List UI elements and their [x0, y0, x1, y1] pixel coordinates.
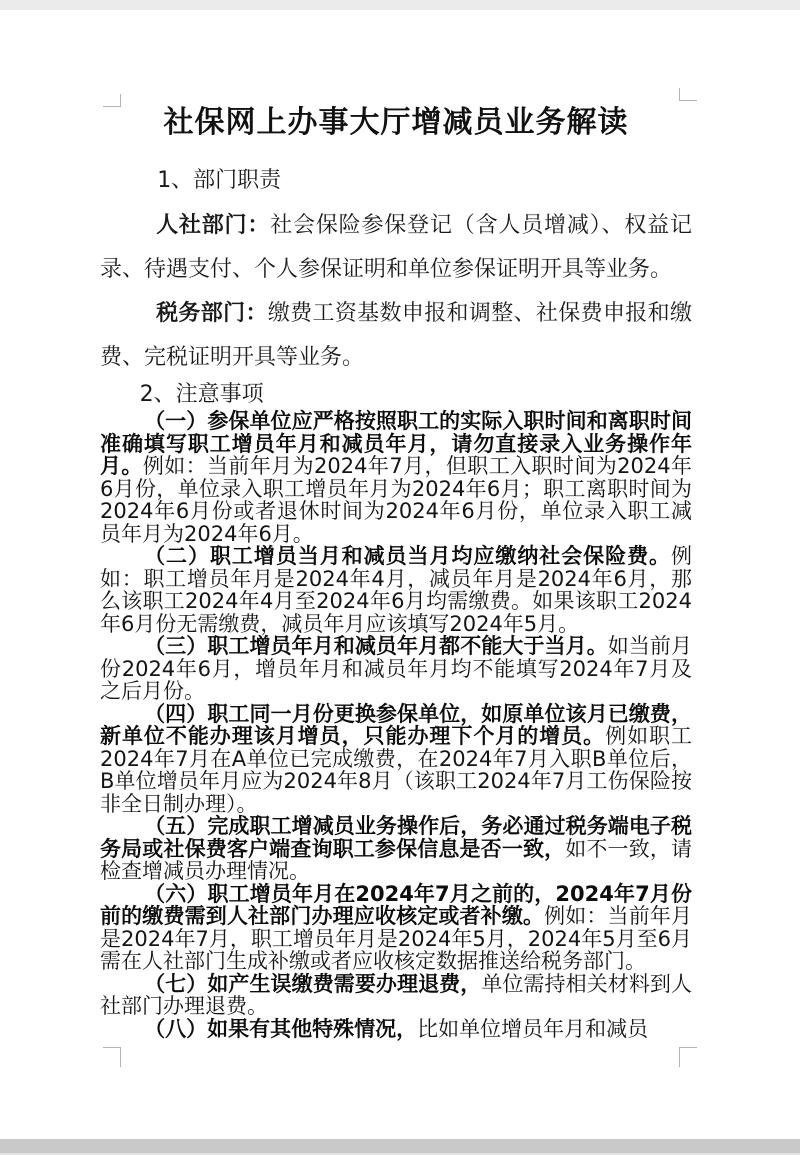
shuiwu-department-label: 税务部门：	[156, 301, 268, 326]
note-item-8: （八）如果有其他特殊情况，比如单位增员年月和减员	[100, 1018, 692, 1041]
note-4-bold-text: （四）职工同一月份更换参保单位，如原单位该月已缴费，新单位不能办理该月增员，只能…	[100, 702, 692, 749]
note-7-bold-text: （七）如产生误缴费需要办理退费，	[144, 972, 481, 996]
note-8-normal-text: 比如单位增员年月和减员	[417, 1017, 648, 1041]
margin-mark-bottom-right	[679, 1047, 697, 1067]
note-8-bold-text: （八）如果有其他特殊情况，	[144, 1017, 417, 1041]
photo-bottom-edge-strip	[0, 1139, 800, 1155]
paragraph-shuiwu-department: 税务部门：缴费工资基数申报和调整、社保费申报和缴费、完税证明开具等业务。	[100, 292, 692, 380]
section-2-heading: 2、注意事项	[100, 380, 692, 410]
photo-top-edge-strip	[0, 0, 800, 10]
note-1-normal-text: 例如：当前年月为2024年7月，但职工入职时间为2024年6月份，单位录入职工增…	[100, 454, 692, 546]
renshe-department-label: 人社部门：	[156, 213, 270, 238]
note-item-2: （二）职工增员当月和减员当月均应缴纳社会保险费。例如：职工增员年月是2024年4…	[100, 545, 692, 635]
note-item-5: （五）完成职工增减员业务操作后，务必通过税务端电子税务局或社保费客户端查询职工参…	[100, 815, 692, 883]
document-content: 社保网上办事大厅增减员业务解读 1、部门职责 人社部门：社会保险参保登记（含人员…	[100, 102, 692, 1040]
section-1-heading: 1、部门职责	[100, 164, 692, 198]
note-item-6: （六）职工增员年月在2024年7月之前的，2024年7月份前的缴费需到人社部门办…	[100, 883, 692, 973]
document-title: 社保网上办事大厅增减员业务解读	[100, 102, 692, 144]
paragraph-renshe-department: 人社部门：社会保险参保登记（含人员增减）、权益记录、待遇支付、个人参保证明和单位…	[100, 204, 692, 292]
note-2-bold-text: （二）职工增员当月和减员当月均应缴纳社会保险费。	[144, 544, 671, 568]
note-item-7: （七）如产生误缴费需要办理退费，单位需持相关材料到人社部门办理退费。	[100, 973, 692, 1018]
margin-mark-bottom-left	[103, 1047, 121, 1067]
note-item-3: （三）职工增员年月和减员年月都不能大于当月。如当前月份2024年6月，增员年月和…	[100, 635, 692, 703]
margin-mark-top-right	[679, 88, 697, 101]
note-item-4: （四）职工同一月份更换参保单位，如原单位该月已缴费，新单位不能办理该月增员，只能…	[100, 703, 692, 816]
note-item-1: （一）参保单位应严格按照职工的实际入职时间和离职时间准确填写职工增员年月和减员年…	[100, 410, 692, 545]
note-3-bold-text: （三）职工增员年月和减员年月都不能大于当月。	[144, 634, 608, 658]
